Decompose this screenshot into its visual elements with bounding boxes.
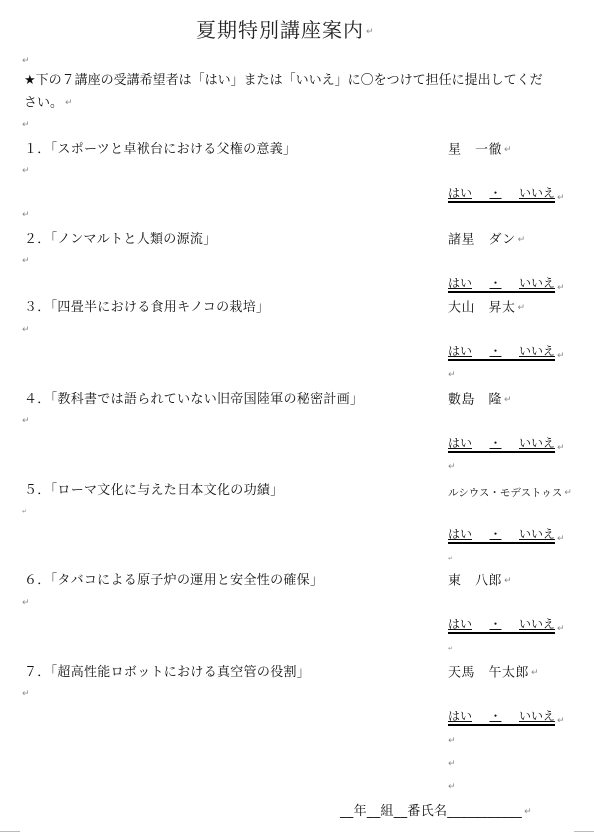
paragraph-mark-icon: ↵ — [448, 555, 453, 562]
choice-separator: ・ — [489, 527, 501, 541]
page-margin-mark — [574, 831, 594, 832]
no-option[interactable]: いいえ — [519, 527, 555, 541]
course-5-teacher: ルシウス・モデストゥス↵ — [448, 485, 572, 501]
yes-option[interactable]: はい — [448, 617, 472, 631]
paragraph-mark-icon: ↵ — [22, 325, 30, 335]
paragraph-mark-icon: ↵ — [65, 98, 73, 108]
yes-option[interactable]: はい — [448, 527, 472, 541]
paragraph-mark-icon: ↵ — [22, 256, 30, 266]
course-2-teacher: 諸星 ダン↵ — [448, 232, 526, 249]
course-7-choice[interactable]: はい ・ いいえ ↵ — [448, 709, 565, 726]
no-option[interactable]: いいえ — [519, 709, 555, 723]
paragraph-mark-icon: ↵ — [366, 27, 375, 37]
course-1-choice[interactable]: はい ・ いいえ ↵ — [448, 186, 565, 203]
paragraph-mark-icon: ↵ — [448, 645, 453, 652]
paragraph-mark-icon: ↵ — [557, 283, 565, 293]
paragraph-mark-icon: ↵ — [518, 303, 526, 313]
paragraph-mark-icon: ↵ — [22, 56, 30, 66]
paragraph-mark-icon: ↵ — [22, 689, 30, 699]
paragraph-mark-icon: ↵ — [504, 395, 512, 405]
paragraph-mark-icon: ↵ — [448, 759, 456, 769]
course-3-choice[interactable]: はい ・ いいえ ↵ — [448, 344, 565, 361]
paragraph-mark-icon: ↵ — [504, 576, 512, 586]
choice-separator: ・ — [489, 186, 501, 200]
paragraph-mark-icon: ↵ — [557, 351, 565, 361]
course-2-choice[interactable]: はい ・ いいえ ↵ — [448, 276, 565, 293]
course-1-teacher: 星 一徹↵ — [448, 142, 512, 159]
paragraph-mark-icon: ↵ — [531, 668, 539, 678]
no-option[interactable]: いいえ — [519, 436, 555, 450]
choice-separator: ・ — [489, 709, 501, 723]
paragraph-mark-icon: ↵ — [557, 193, 565, 203]
paragraph-mark-icon: ↵ — [448, 370, 456, 380]
course-7-title: ７．「超高性能ロボットにおける真空管の役割」 — [24, 665, 310, 681]
course-6-choice[interactable]: はい ・ いいえ ↵ — [448, 617, 565, 634]
paragraph-mark-icon: ↵ — [448, 462, 456, 472]
paragraph-mark-icon: ↵ — [557, 716, 565, 726]
course-3-teacher: 大山 昇太↵ — [448, 300, 526, 317]
yes-option[interactable]: はい — [448, 436, 472, 450]
course-3-title: ３．「四畳半における食用キノコの栽培」 — [24, 300, 269, 316]
paragraph-mark-icon: ↵ — [448, 782, 456, 792]
course-2-title: ２．「ノンマルトと人類の源流」 — [24, 232, 217, 248]
paragraph-mark-icon: ↵ — [524, 807, 532, 817]
course-4-teacher: 數島 隆↵ — [448, 392, 512, 409]
course-4-choice[interactable]: はい ・ いいえ ↵ — [448, 436, 565, 453]
page-margin-mark — [0, 831, 20, 832]
student-info-line[interactable]: __年__組__番氏名___________↵ — [340, 800, 532, 819]
paragraph-mark-icon: ↵ — [22, 416, 30, 426]
course-6-teacher: 東 八郎↵ — [448, 573, 512, 590]
paragraph-mark-icon: ↵ — [448, 736, 456, 746]
instruction-text-cont: さい。↵ — [24, 95, 73, 112]
choice-separator: ・ — [489, 344, 501, 358]
paragraph-mark-icon: ↵ — [564, 488, 572, 498]
yes-option[interactable]: はい — [448, 344, 472, 358]
paragraph-mark-icon: ↵ — [557, 624, 565, 634]
paragraph-mark-icon: ↵ — [22, 598, 30, 608]
paragraph-mark-icon: ↵ — [22, 210, 30, 220]
paragraph-mark-icon: ↵ — [557, 443, 565, 453]
paragraph-mark-icon: ↵ — [22, 508, 27, 515]
yes-option[interactable]: はい — [448, 186, 472, 200]
instruction-text: ★下の７講座の受講希望者は「はい」または「いいえ」に〇をつけて担任に提出してくだ — [24, 73, 543, 89]
course-7-teacher: 天馬 午太郎↵ — [448, 665, 539, 682]
course-4-title: ４．「教科書では語られていない旧帝国陸軍の秘密計画」 — [24, 392, 363, 408]
paragraph-mark-icon: ↵ — [22, 120, 30, 130]
course-1-title: １．「スポーツと卓袱台における父権の意義」 — [24, 142, 296, 158]
course-5-choice[interactable]: はい ・ いいえ ↵ — [448, 527, 565, 544]
document-title: 夏期特別講座案内↵ — [196, 14, 375, 43]
paragraph-mark-icon: ↵ — [504, 145, 512, 155]
yes-option[interactable]: はい — [448, 276, 472, 290]
paragraph-mark-icon: ↵ — [557, 534, 565, 544]
no-option[interactable]: いいえ — [519, 344, 555, 358]
paragraph-mark-icon: ↵ — [518, 235, 526, 245]
course-5-title: ５．「ローマ文化に与えた日本文化の功績」 — [24, 483, 284, 499]
yes-option[interactable]: はい — [448, 709, 472, 723]
choice-separator: ・ — [489, 436, 501, 450]
no-option[interactable]: いいえ — [519, 186, 555, 200]
no-option[interactable]: いいえ — [519, 276, 555, 290]
paragraph-mark-icon: ↵ — [22, 166, 30, 176]
course-6-title: ６．「タバコによる原子炉の運用と安全性の確保」 — [24, 573, 323, 589]
choice-separator: ・ — [489, 617, 501, 631]
choice-separator: ・ — [489, 276, 501, 290]
no-option[interactable]: いいえ — [519, 617, 555, 631]
